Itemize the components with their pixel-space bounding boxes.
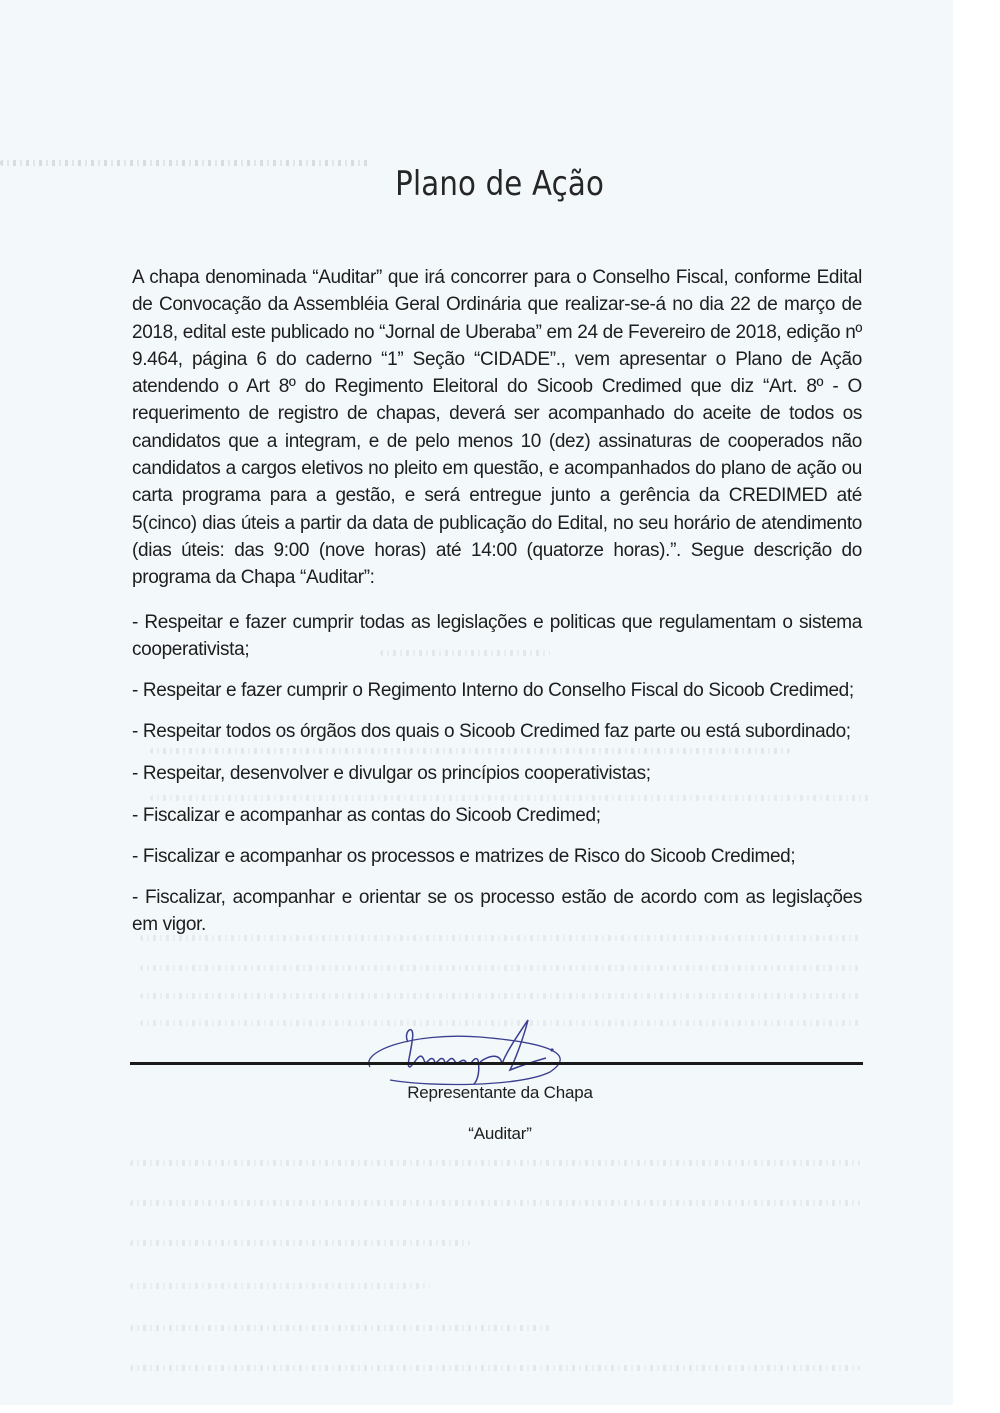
intro-paragraph: A chapa denominada “Auditar” que irá con… xyxy=(132,264,862,592)
program-item: - Respeitar e fazer cumprir o Regimento … xyxy=(132,677,862,704)
bleed-through-noise xyxy=(140,993,860,999)
bleed-through-noise xyxy=(150,748,790,754)
bleed-through-noise xyxy=(130,1283,430,1289)
bleed-through-noise xyxy=(130,1200,860,1206)
bleed-through-noise xyxy=(130,1325,550,1331)
program-item: - Fiscalizar, acompanhar e orientar se o… xyxy=(132,884,862,939)
bleed-through-noise xyxy=(130,1160,860,1166)
bleed-through-noise xyxy=(130,1240,470,1246)
program-item: - Respeitar todos os órgãos dos quais o … xyxy=(132,718,862,745)
scanned-page: Plano de Ação A chapa denominada “Audita… xyxy=(0,0,953,1405)
program-item: - Respeitar, desenvolver e divulgar os p… xyxy=(132,760,862,787)
slate-name: “Auditar” xyxy=(0,1124,1000,1144)
signature-role: Representante da Chapa xyxy=(0,1083,1000,1103)
bleed-through-noise xyxy=(140,965,860,971)
page-title: Plano de Ação xyxy=(70,164,930,204)
bleed-through-noise xyxy=(150,795,870,801)
program-item: - Fiscalizar e acompanhar os processos e… xyxy=(132,843,862,870)
handwritten-signature xyxy=(350,1012,610,1092)
program-item: - Fiscalizar e acompanhar as contas do S… xyxy=(132,802,862,829)
signature-line xyxy=(130,1062,863,1065)
bleed-through-noise xyxy=(130,1365,860,1371)
program-item: - Respeitar e fazer cumprir todas as leg… xyxy=(132,609,862,664)
